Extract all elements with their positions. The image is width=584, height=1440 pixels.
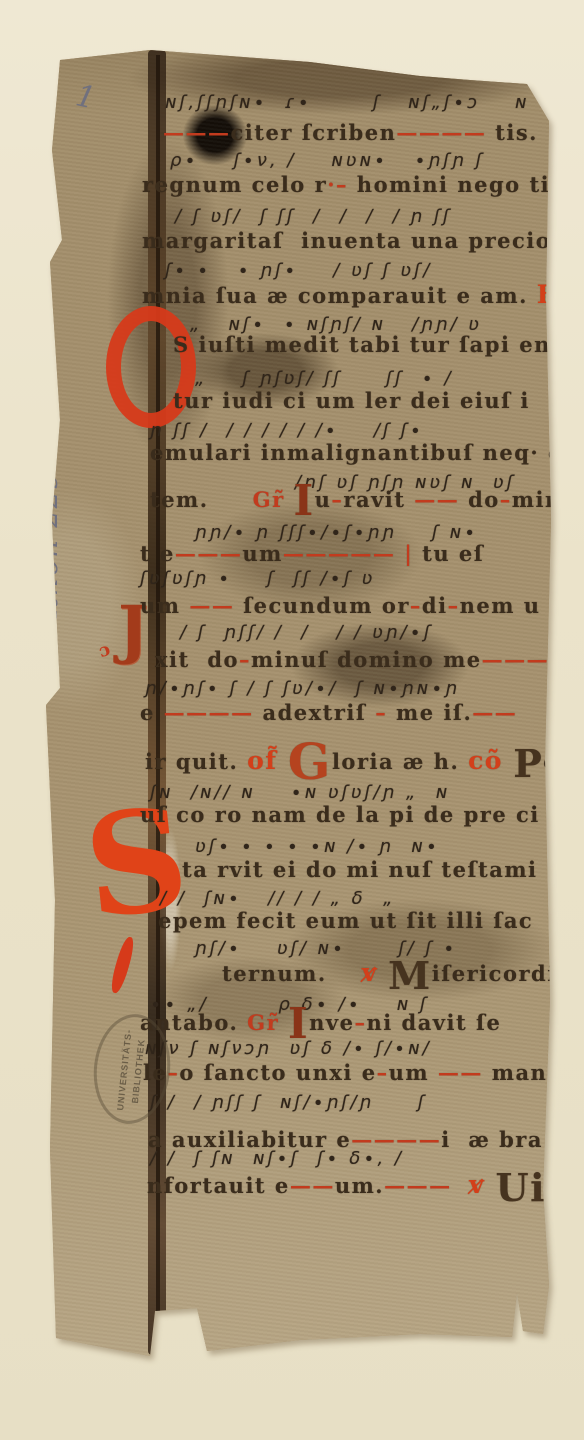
chant-text: regnum celo r: [142, 172, 327, 197]
parchment-fragment: S J ɔ ɴʃ‚ʃʃɲʃɴ∙ ɾ∙ ʃ ɴʃ„ʃ∙ɔ ɴ———citer ſc…: [0, 0, 584, 1440]
chant-text-line: ternum. v̷ Miſericordiaſ: [222, 958, 582, 987]
chant-text: tu eſ: [422, 541, 484, 566]
rubric-red-text: ———: [482, 647, 550, 672]
rubric-red-text: ——: [290, 1173, 335, 1198]
chant-text-line: uſ co ro nam de la pi de pre ci: [140, 802, 540, 827]
chant-text: mnia ſua æ comparauit e am.: [142, 283, 537, 308]
chant-text-line: t e———um————— | tu eſ: [140, 541, 484, 566]
red-ink-mark: ɔ: [96, 639, 113, 662]
chant-text-line: tem. Gr̃ Iu–ravit —— do–minuſ: [150, 487, 584, 512]
chant-text: t e: [140, 541, 175, 566]
rubric-red-text: ————: [164, 700, 254, 725]
chant-text: minuſ: [512, 487, 584, 512]
neume-row: ʃ ∕ ∕ ɲʃʃ ʃ ɴʃ∕∙ɲʃ∕ɲ ʃ: [150, 1092, 427, 1113]
rubric-red-text: –: [375, 700, 387, 725]
chant-text-line: emulari inmalignantibuſ neq· cela: [150, 440, 584, 465]
rubric-red-text: ———: [384, 1173, 469, 1198]
chant-text: nve: [309, 1010, 354, 1035]
chant-text: um: [389, 1060, 438, 1085]
neume-row: „ ʃ ɲʃʋʃ∕ ʃʃ ʃʃ ∙ ∕: [195, 368, 454, 389]
rubric-red-text: ———: [175, 541, 243, 566]
chant-text: margaritaſ inuenta una precio ſa: [142, 228, 584, 253]
chant-text: nem u: [460, 593, 541, 618]
rubric-red-text: —————: [283, 541, 396, 566]
rubric-red-text: Fe: [537, 280, 572, 309]
rubric-red-text: Gr̃: [253, 487, 294, 512]
chant-text-line: ir quit. of̃ Gloria æ h. cõ Poſu: [145, 746, 584, 775]
chant-text-line: antabo. Gr̃ Inve–ni davit ſe: [140, 1010, 501, 1035]
neume-row: ɲ∕∙ɲʃ∙ ʃ ∕ ʃ ʃʋ∕∙∕ ʃ ɴ∙ɲɴ∙ɲ: [145, 678, 460, 699]
rubric-red-text: ——: [189, 593, 234, 618]
chant-text: ni davit ſe: [366, 1010, 501, 1035]
chant-text: minuſ domino me: [251, 647, 482, 672]
chant-text: loria æ h.: [332, 749, 468, 774]
rubric-red-text: cõ: [468, 746, 513, 775]
rubric-red-text: v̷: [469, 1170, 495, 1199]
chant-text: ternum.: [222, 961, 362, 986]
chant-text: uſ co ro nam de la pi de pre ci: [140, 802, 540, 827]
rubric-red-text: |: [404, 541, 422, 566]
rubric-red-text: ——: [438, 1060, 483, 1085]
rubric-red-text: of̃: [247, 746, 288, 775]
rubric-red-text: ————: [396, 120, 486, 145]
chant-text-line: um —— ſecundum or–di–nem u: [140, 593, 541, 618]
chant-text-line: e ———— adextriſ – me iſ.——: [140, 700, 517, 725]
rubric-red-text: I: [293, 476, 314, 525]
rubric-red-text: M: [388, 953, 432, 998]
rubric-red-text: Gr̃: [247, 1010, 288, 1035]
chant-text-line: ———citer ſcriben———— tis.: [163, 120, 538, 145]
rubric-red-text: –: [448, 593, 460, 618]
rubric-red-text: v̷: [362, 958, 388, 987]
neume-row: ɲɲ∕∙ ɲ ʃʃʃ∙∕∙ʃ∙ɲɲ ʃ ɴ∙: [195, 522, 478, 543]
chant-text: me iſ.: [387, 700, 472, 725]
rubric-red-text: –: [500, 487, 512, 512]
rubric-red-text: Ui: [495, 1165, 546, 1210]
chant-text-line: S iuſti medit tabi tur ſapi entia: [173, 332, 584, 357]
library-stamp-text: UNIVERSITÄTS- BIBLIOTHEK: [113, 1014, 151, 1126]
chant-text: ta rvit ei do mi nuſ teſtami: [182, 857, 538, 882]
chant-text: tur iudi ci um ler dei eiuſ i: [173, 388, 530, 413]
chant-text: oſu: [543, 749, 584, 774]
chant-text-line: ta rvit ei do mi nuſ teſtami: [182, 857, 538, 882]
pencil-shelfmark: Fragm. lat. 378-1: [20, 1082, 50, 1346]
chant-text-line: xit do–minuſ domino me———: [155, 647, 549, 672]
pencil-provenance-note: aus Athon 229: [33, 470, 64, 693]
rubric-red-text: –: [410, 593, 422, 618]
chant-text: epem fecit eum ut ſit illi ſac: [158, 908, 533, 933]
rubric-red-text: ———: [163, 120, 231, 145]
chant-text: um: [140, 593, 189, 618]
chant-text: tis.: [486, 120, 538, 145]
rubric-red-text: –: [239, 647, 251, 672]
chant-text: ravit: [343, 487, 414, 512]
chant-text: di: [422, 593, 448, 618]
chant-text-line: margaritaſ inuenta una precio ſa: [142, 228, 584, 253]
chant-text: e: [140, 700, 164, 725]
chant-text: iſericordiaſ: [432, 961, 583, 986]
chant-text: um.: [335, 1173, 384, 1198]
chant-text-line: tur iudi ci um ler dei eiuſ i: [173, 388, 530, 413]
chant-text: S iuſti medit tabi tur ſapi entia: [173, 332, 584, 357]
chant-text: emulari inmalignantibuſ neq· cela: [150, 440, 584, 465]
chant-text: um: [242, 541, 283, 566]
neume-row: ∕ ʃ ɲʃʃ∕ ∕ ∕ ∕ ∕ ʋɲ∕∙ʃ: [180, 622, 433, 643]
neume-row: ∕ ∕ ʃ ʃɴ ɴʃ∙ʃ ʃ∙ δ∙‚ ∕: [150, 1148, 404, 1169]
chant-text: do: [459, 487, 500, 512]
chant-text: o ſancto unxi e: [179, 1060, 376, 1085]
chant-text-line: regnum celo r·– homini nego ti ar: [142, 172, 584, 197]
chant-text: man: [483, 1060, 547, 1085]
pencil-page-number: 1: [73, 78, 99, 116]
neume-row: ʃɴ ∕ɴ∕∕ ɴ ∙ɴ ʋʃʋʃ∕ɲ „ ɴ: [150, 782, 450, 803]
chant-text: tem.: [150, 487, 253, 512]
neume-row: ∕ ∕ ʃɴ∙ ∕∕ ∕ ∕ „ δ „: [160, 888, 395, 909]
chant-text: ir quit.: [145, 749, 247, 774]
neume-row: ɴʃ‚ʃʃɲʃɴ∙ ɾ∙ ʃ ɴʃ„ʃ∙ɔ ɴ: [165, 92, 529, 113]
neume-row: ɴʃν ʃ ɴʃνɔɲ ʋʃ δ ∕∙ ʃ∕∙ɴ∕: [145, 1038, 432, 1059]
chant-text-line: le–o ſancto unxi e–um —— man: [143, 1060, 547, 1085]
rubric-red-text: ——: [472, 700, 517, 725]
neume-row: ∕ ʃ ʋʃ∕ ʃ ʃʃ ∕ ∕ ∕ ∕ ɲ ʃʃ: [175, 206, 452, 227]
chant-text: nfortauit e: [147, 1173, 290, 1198]
neume-row: ɲ ʃʃ ∕ ∕ ∕ ∕ ∕ ∕ ∕∙ ∕ʃ ʃ∙: [150, 420, 424, 441]
parchment-surface: S J ɔ ɴʃ‚ʃʃɲʃɴ∙ ɾ∙ ʃ ɴʃ„ʃ∙ɔ ɴ———citer ſc…: [0, 0, 584, 1440]
chant-text-line: mnia ſua æ comparauit e am. Fe: [142, 280, 572, 309]
rubric-red-text: ·–: [327, 172, 348, 197]
chant-text: adextriſ: [254, 700, 376, 725]
chant-text: [395, 541, 404, 566]
chant-text-line: epem fecit eum ut ſit illi ſac: [158, 908, 533, 933]
photograph-mat: S J ɔ ɴʃ‚ʃʃɲʃɴ∙ ɾ∙ ʃ ɴʃ„ʃ∙ɔ ɴ———citer ſc…: [0, 0, 584, 1440]
chant-text-line: nfortauit e——um.——— v̷ Ui: [147, 1170, 546, 1199]
chant-text: ſecundum or: [234, 593, 410, 618]
neume-row: ʃ∙ ∙ ∙ ɲʃ∙ ∕ ʋʃ ʃ ʋʃ∕: [165, 260, 432, 281]
rubric-red-text: ——: [414, 487, 459, 512]
chant-text: homini nego ti ar: [348, 172, 584, 197]
rubric-red-text: –: [377, 1060, 389, 1085]
rubric-red-text: –: [354, 1010, 366, 1035]
neume-row: ρ∙ ʃ∙ν‚ ∕ ɴʋɴ∙ ∙ɲʃɲ ʃ: [170, 150, 485, 171]
rubric-red-text: P: [513, 741, 543, 786]
neume-row: ʋʃ∙ ∙ ∙ ∙ ∙ɴ ∕∙ ɲ ɴ∙: [195, 836, 440, 857]
chant-text: i æ bra: [441, 1127, 543, 1152]
neume-row: ʃʋʃʋʃɲ ∙ ʃ ʃʃ ∕∙ʃ ʋ: [140, 568, 375, 589]
chant-text: citer ſcriben: [231, 120, 397, 145]
rubric-red-text: –: [331, 487, 343, 512]
chant-text: xit do: [155, 647, 239, 672]
chant-text: u: [315, 487, 332, 512]
